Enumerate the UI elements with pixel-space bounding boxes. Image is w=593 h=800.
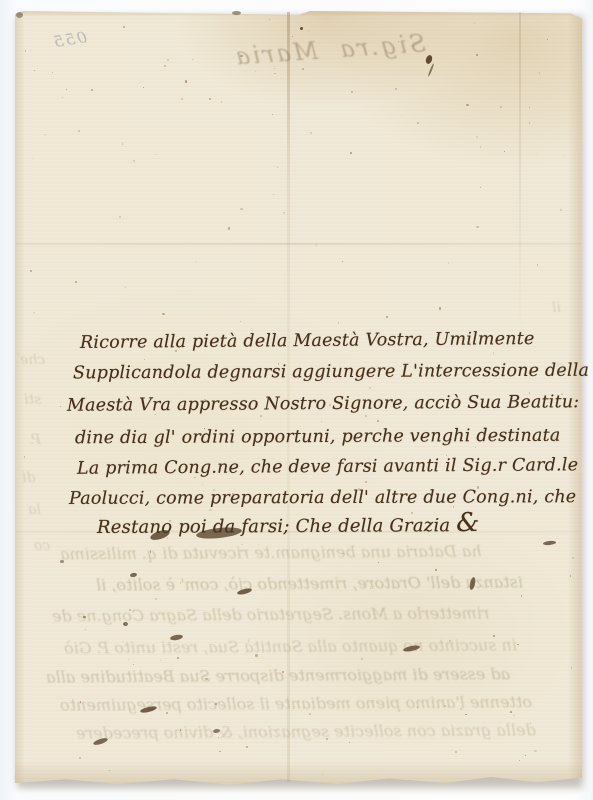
- paper-speck: [204, 428, 205, 429]
- paper-speck: [255, 654, 257, 656]
- manuscript-line-1: Ricorre alla pietà della Maestà Vostra, …: [80, 329, 535, 353]
- verso-bleedthrough-line-1: ha Dataria una benignam.te ricevuta di q…: [60, 542, 482, 564]
- paper-speck: [205, 678, 207, 680]
- paper-speck: [162, 313, 164, 315]
- paper-speck: [128, 659, 129, 660]
- paper-speck: [122, 641, 123, 642]
- paper-speck: [370, 588, 371, 589]
- paper-speck: [309, 713, 311, 715]
- paper-speck: [292, 36, 293, 37]
- paper-speck: [417, 122, 419, 124]
- ink-blot: [60, 560, 64, 563]
- paper-speck: [180, 582, 181, 583]
- paper-speck: [571, 667, 572, 668]
- paper-speck: [358, 488, 360, 490]
- paper-speck: [435, 569, 437, 571]
- paper-speck: [476, 226, 478, 228]
- paper-speck: [167, 59, 169, 61]
- margin-bleedthrough-fragment: che: [20, 352, 45, 368]
- margin-bleedthrough-fragment: co: [34, 538, 50, 554]
- paper-speck: [475, 447, 476, 448]
- manuscript-line-3: Maestà Vra appresso Nostro Signore, acci…: [67, 392, 580, 416]
- margin-bleedthrough-fragment: e: [550, 430, 558, 446]
- margin-bleedthrough-fragment: la: [28, 502, 41, 518]
- margin-bleedthrough-fragment: il: [552, 300, 561, 316]
- paper-speck: [439, 307, 441, 309]
- paper-speck: [370, 333, 371, 334]
- paper-speck: [310, 132, 312, 134]
- ink-blot: [123, 622, 128, 626]
- paper-speck: [260, 415, 262, 417]
- paper-speck: [278, 363, 279, 364]
- paper-speck: [155, 598, 157, 600]
- manuscript-line-2: Supplicandola degnarsi aggiungere L'inte…: [73, 361, 589, 384]
- paper-speck: [342, 261, 343, 262]
- paper-speck: [209, 509, 211, 511]
- verso-bleedthrough-line-5: ad essere di maggiormente disporre Sua B…: [46, 664, 510, 686]
- paper-speck: [277, 167, 278, 168]
- paper-speck: [66, 89, 67, 90]
- paper-speck: [213, 489, 215, 491]
- manuscript-line-4: dine dia gl' ordini opportuni, perche ve…: [75, 426, 561, 449]
- paper-speck: [350, 152, 352, 154]
- paper-speck: [215, 703, 217, 705]
- paper-speck: [204, 399, 206, 401]
- paper-speck: [378, 562, 379, 563]
- paper-speck: [166, 712, 168, 714]
- paper-speck: [122, 143, 124, 145]
- paper-speck: [322, 774, 323, 775]
- manuscript-line-5: La prima Cong.ne, che deve farsi avanti …: [77, 455, 578, 478]
- paper-speck: [386, 316, 388, 318]
- paper-speck: [488, 586, 489, 587]
- paper-speck: [100, 345, 102, 347]
- ink-blot: [232, 11, 241, 15]
- verso-bleedthrough-line-4: in succinto no quanto alla Santità Sua, …: [64, 635, 517, 657]
- paper-speck: [274, 73, 275, 74]
- paper-speck: [377, 420, 379, 422]
- paper-speck: [466, 104, 468, 106]
- paper-speck: [119, 216, 121, 218]
- paper-speck: [451, 439, 452, 440]
- paper-speck: [218, 737, 219, 738]
- paper-speck: [321, 421, 322, 422]
- paper-speck: [530, 723, 531, 724]
- paper-speck: [240, 208, 242, 210]
- manuscript-line-6: Paolucci, come preparatoria dell' altre …: [69, 487, 576, 509]
- paper-speck: [477, 486, 479, 488]
- paper-speck: [460, 708, 462, 710]
- paper-speck: [403, 468, 405, 470]
- margin-bleedthrough-fragment: S: [556, 362, 566, 378]
- verso-bleedthrough-line-2: istanza dell' Oratore, rimettendo ciò, c…: [96, 573, 523, 595]
- paper-speck: [500, 106, 502, 108]
- paper-speck: [221, 101, 222, 102]
- paper-speck: [228, 227, 230, 229]
- paper-speck: [395, 88, 397, 90]
- paper-speck: [519, 760, 520, 761]
- paper-speck: [529, 122, 530, 123]
- paper-speck: [474, 23, 475, 24]
- paper-speck: [80, 701, 81, 702]
- paper-speck: [480, 187, 481, 188]
- paper-speck: [412, 45, 414, 47]
- paper-speck: [530, 367, 531, 368]
- verso-bleedthrough-line-7: della grazia con sollecite segnazioni, &…: [76, 720, 536, 742]
- paper-speck: [308, 30, 309, 31]
- paper-speck: [329, 404, 331, 406]
- paper-speck: [24, 456, 26, 458]
- paper-speck: [177, 657, 179, 659]
- paper-speck: [510, 711, 512, 713]
- paper-speck: [369, 387, 371, 389]
- paper-speck: [240, 321, 241, 322]
- verso-bleedthrough-line-3: rimetterlo a Mons. Segretario della Sagr…: [52, 603, 490, 625]
- paper-speck: [446, 455, 447, 456]
- paper-speck: [36, 441, 37, 442]
- verso-bleedthrough-line-6: ottenne l'animo pieno mediante il sollec…: [60, 692, 532, 714]
- manuscript-line-7-text: Restano poi da farsi; Che della Grazia: [97, 515, 450, 538]
- paper-speck: [156, 154, 157, 155]
- paper-speck: [176, 336, 177, 337]
- paper-speck: [529, 107, 530, 108]
- paper-speck: [255, 71, 256, 72]
- paper-speck: [33, 312, 34, 313]
- ink-blot: [16, 12, 23, 18]
- paper-speck: [32, 158, 33, 159]
- paper-speck: [561, 393, 563, 395]
- paper-speck: [160, 660, 161, 661]
- margin-bleedthrough-fragment: di: [22, 470, 35, 486]
- paper-speck: [91, 89, 93, 91]
- manuscript-scan: 055 Sig.ra Maria Ricorre alla pietà dell…: [0, 0, 593, 800]
- paper-speck: [171, 401, 172, 402]
- paper-speck: [365, 415, 367, 417]
- ink-blot: [300, 27, 303, 30]
- et-flourish: &: [456, 508, 480, 538]
- paper-speck: [572, 557, 573, 558]
- paper-speck: [269, 19, 270, 20]
- margin-bleedthrough-fragment: sti: [24, 392, 41, 408]
- paper-speck: [209, 98, 210, 99]
- paper-speck: [79, 757, 81, 759]
- paper-speck: [398, 41, 399, 42]
